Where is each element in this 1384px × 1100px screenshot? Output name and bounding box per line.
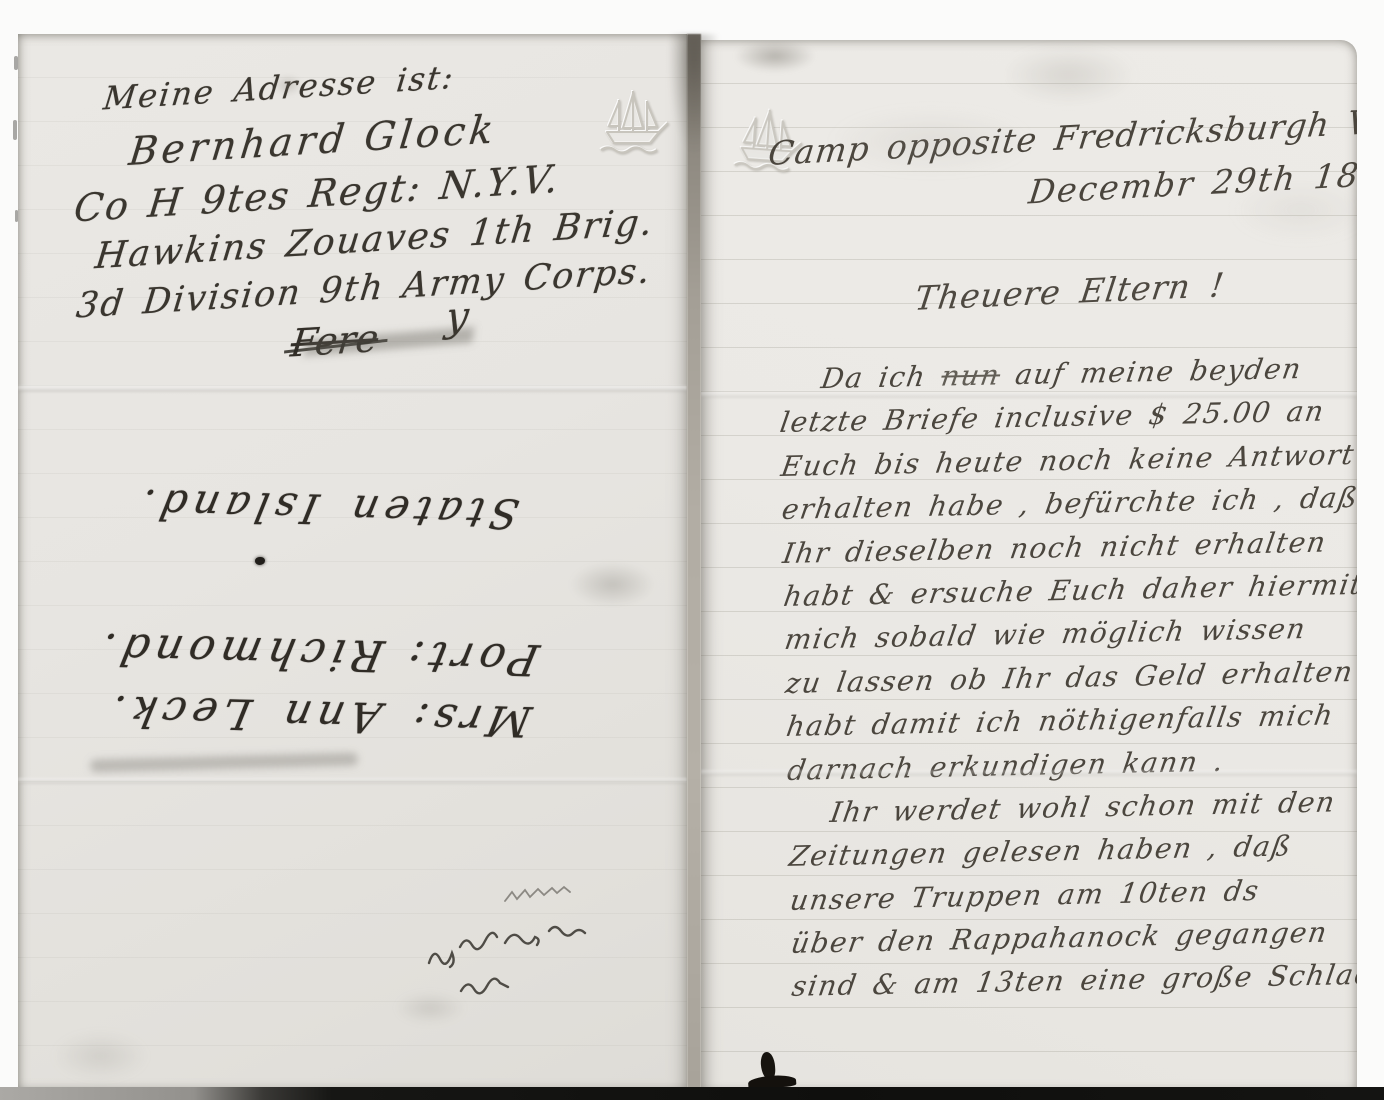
- stain-mark: [1001, 46, 1136, 104]
- stain-mark: [735, 40, 815, 72]
- ink-blot: [760, 1052, 776, 1081]
- recipient-line: Port: Richmond.: [42, 616, 544, 691]
- edge-mark: [13, 120, 17, 140]
- body-line-suffix: auf meine beyden: [998, 352, 1305, 391]
- edge-mark: [15, 210, 18, 222]
- pen-scribble: [413, 879, 687, 1009]
- sender-address-block: Meine Adresse ist: Bernhard Glock Co H 9…: [60, 36, 662, 381]
- recipient-line: Staten Island.: [46, 472, 524, 544]
- letter-scan-image: Meine Adresse ist: Bernhard Glock Co H 9…: [0, 0, 1384, 1100]
- crease-line: [18, 386, 687, 392]
- edge-mark: [14, 56, 18, 70]
- letter-page-left: Meine Adresse ist: Bernhard Glock Co H 9…: [18, 34, 687, 1090]
- stain-mark: [53, 1032, 148, 1080]
- graphite-smear: [90, 752, 358, 772]
- fold-crease: [687, 34, 701, 1090]
- stain-mark: [570, 562, 655, 607]
- salutation: Theuere Eltern !: [913, 265, 1227, 318]
- crease-line: [18, 778, 687, 784]
- recipient-address-upside-down: Mrs: Ann Leck. Port: Richmond. Staten Is…: [46, 422, 546, 753]
- body-line-prefix: Da ich: [819, 360, 944, 396]
- letter-heading: Camp opposite Fredricksburgh Va Decembr …: [767, 92, 1357, 230]
- scan-edge-bar: [0, 1087, 1384, 1100]
- recipient-line: Mrs: Ann Leck.: [40, 678, 536, 752]
- struck-word: Fere: [288, 316, 380, 366]
- letter-body: Da ich nun auf meine beyden letzte Brief…: [779, 345, 1357, 1009]
- letter-page-right: Camp opposite Fredricksburgh Va Decembr …: [701, 40, 1357, 1090]
- struck-word: nun: [939, 358, 1003, 392]
